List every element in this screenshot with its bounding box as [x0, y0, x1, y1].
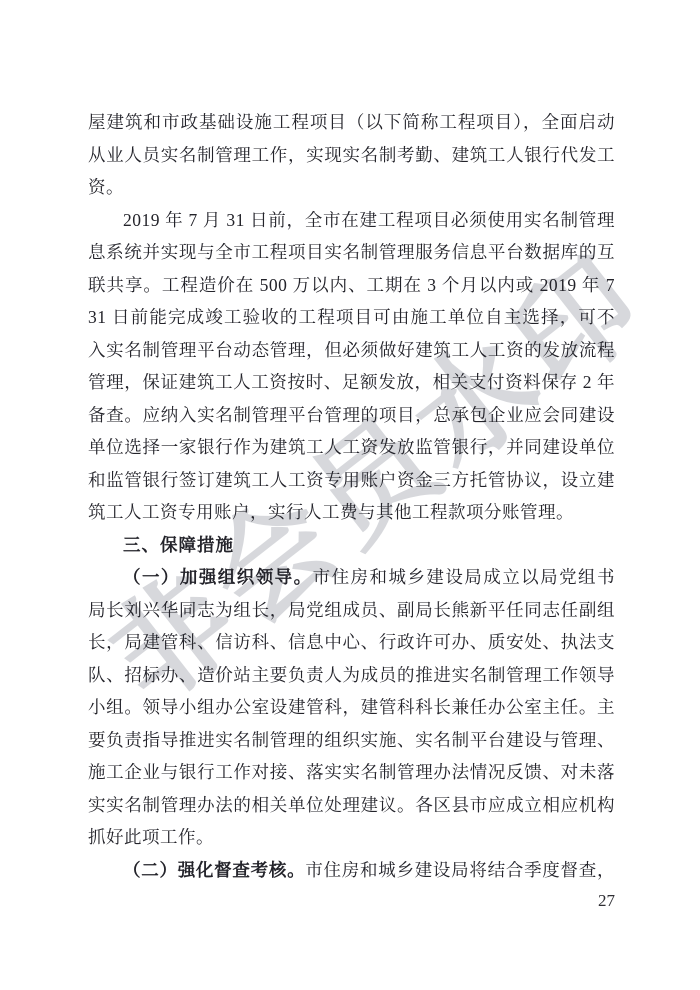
bold-run: （一）加强组织领导。 [123, 567, 313, 587]
text-line: 31 日前能完成竣工验收的工程项目可由施工单位自主选择，可不进 [88, 301, 615, 334]
section-heading: 三、保障措施 [88, 529, 615, 562]
text-line: 2019 年 7 月 31 日前，全市在建工程项目必须使用实名制管理信 [88, 204, 615, 237]
text-line: 息系统并实现与全市工程项目实名制管理服务信息平台数据库的互 [88, 236, 615, 269]
text-line: 要负责指导推进实名制管理的组织实施、实名制平台建设与管理、 [88, 724, 615, 757]
text-line: 备查。应纳入实名制管理平台管理的项目，总承包企业应会同建设 [88, 399, 615, 432]
text-line: 和监管银行签订建筑工人工资专用账户资金三方托管协议，设立建 [88, 464, 615, 497]
text-line: 屋建筑和市政基础设施工程项目（以下简称工程项目），全面启动 [88, 106, 615, 139]
document-page: 非会员水印 屋建筑和市政基础设施工程项目（以下简称工程项目），全面启动 从业人员… [0, 0, 700, 990]
text-line: 抓好此项工作。 [88, 821, 615, 854]
bold-run: （二）强化督查考核。 [123, 860, 305, 880]
line-text: 市住房和城乡建设局将结合季度督查， [305, 860, 615, 880]
text-line: 筑工人工资专用账户，实行人工费与其他工程款项分账管理。 [88, 496, 615, 529]
text-line: 施工企业与银行工作对接、落实实名制管理办法情况反馈、对未落 [88, 756, 615, 789]
text-line: 管理，保证建筑工人工资按时、足额发放，相关支付资料保存 2 年 [88, 366, 615, 399]
text-line: 从业人员实名制管理工作，实现实名制考勤、建筑工人银行代发工 [88, 139, 615, 172]
text-line: 小组。领导小组办公室设建管科，建管科科长兼任办公室主任。主 [88, 691, 615, 724]
page-number: 27 [598, 891, 615, 911]
page-content: 屋建筑和市政基础设施工程项目（以下简称工程项目），全面启动 从业人员实名制管理工… [88, 106, 615, 886]
text-line: 长，局建管科、信访科、信息中心、行政许可办、质安处、执法支 [88, 626, 615, 659]
text-line: 局长刘兴华同志为组长，局党组成员、副局长熊新平任同志任副组 [88, 594, 615, 627]
text-line: 单位选择一家银行作为建筑工人工资发放监管银行，并同建设单位 [88, 431, 615, 464]
text-line: 联共享。工程造价在 500 万以内、工期在 3 个月以内或 2019 年 7 月 [88, 269, 615, 302]
text-line: 资。 [88, 171, 615, 204]
text-line: 实实名制管理办法的相关单位处理建议。各区县市应成立相应机构 [88, 789, 615, 822]
text-line: （一）加强组织领导。市住房和城乡建设局成立以局党组书记、 [88, 561, 615, 594]
text-line: 队、招标办、造价站主要负责人为成员的推进实名制管理工作领导 [88, 659, 615, 692]
text-line: （二）强化督查考核。市住房和城乡建设局将结合季度督查， [88, 854, 615, 887]
text-line: 入实名制管理平台动态管理，但必须做好建筑工人工资的发放流程 [88, 334, 615, 367]
